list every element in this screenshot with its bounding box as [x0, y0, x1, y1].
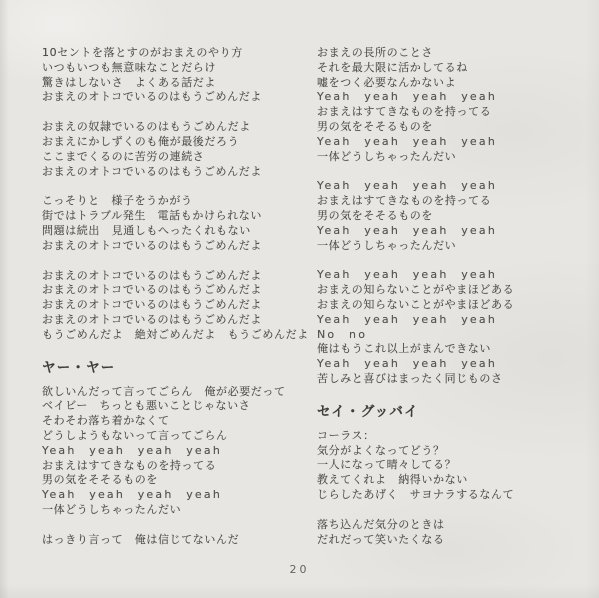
lyric-line: だれだって笑いたくなる [317, 533, 583, 548]
lyric-line: Yeah yeah yeah yeah [317, 313, 583, 328]
lyric-line: もうごめんだよ 絶対ごめんだよ もうごめんだよ [42, 328, 312, 343]
song-title-heading: ヤー・ヤー [42, 359, 312, 377]
stanza: こっそりと 様子をうかがう街ではトラブル発生 電話もかけられない問題は続出 見通… [42, 194, 312, 253]
lyrics-booklet-page: 10セントを落とすのがおまえのやり方いつもいつも無意味なことだらけ驚きはしないさ… [0, 0, 599, 598]
lyric-line: 男の気をそそるものを [42, 473, 312, 488]
stanza: おまえのオトコでいるのはもうごめんだよおまえのオトコでいるのはもうごめんだよおま… [42, 269, 312, 343]
song-title-heading: セイ・グッバイ [317, 403, 583, 421]
lyric-line: おまえの知らないことがやまほどある [317, 283, 583, 298]
lyric-line: おまえのオトコでいるのはもうごめんだよ [42, 165, 312, 180]
lyric-line: いつもいつも無意味なことだらけ [42, 61, 312, 76]
lyric-line: おまえの長所のことさ [317, 46, 583, 61]
stanza: Yeah yeah yeah yeahおまえの知らないことがやまほどあるおまえの… [317, 268, 583, 386]
lyric-line: おまえはすてきなものを持ってる [42, 459, 312, 474]
lyric-line: 問題は続出 見通しもへったくれもない [42, 224, 312, 239]
lyric-line: Yeah yeah yeah yeah [42, 488, 312, 503]
lyric-line: 落ち込んだ気分のときは [317, 518, 583, 533]
stanza: はっきり言って 俺は信じてないんだ [42, 533, 312, 548]
lyric-line: 男の気をそそるものを [317, 209, 583, 224]
lyric-line: 一体どうしちゃったんだい [42, 503, 312, 518]
lyric-line: 教えてくれよ 納得いかない [317, 473, 583, 488]
page-number: 20 [0, 563, 599, 576]
lyric-line: おまえのオトコでいるのはもうごめんだよ [42, 239, 312, 254]
lyric-line: 10セントを落とすのがおまえのやり方 [42, 46, 312, 61]
stanza: 10セントを落とすのがおまえのやり方いつもいつも無意味なことだらけ驚きはしないさ… [42, 46, 312, 105]
stanza: おまえの長所のことさそれを最大限に活かしてるね嘘をつく必要なんかないよYeah … [317, 46, 583, 164]
lyric-line: 驚きはしないさ よくある話だよ [42, 76, 312, 91]
lyric-line: Yeah yeah yeah yeah [317, 224, 583, 239]
lyric-line: 欲しいんだって言ってごらん 俺が必要だって [42, 385, 312, 400]
lyric-line: Yeah yeah yeah yeah [42, 444, 312, 459]
lyric-line: 気分がよくなってどう？ [317, 444, 583, 459]
lyric-line: 男の気をそそるものを [317, 120, 583, 135]
lyric-line: おまえの知らないことがやまほどある [317, 298, 583, 313]
stanza: コーラス：気分がよくなってどう？一人になって晴々してる？教えてくれよ 納得いかな… [317, 429, 583, 503]
stanza: 欲しいんだって言ってごらん 俺が必要だってベイビー ちっとも悪いことじゃないさそ… [42, 385, 312, 518]
lyric-line: おまえのオトコでいるのはもうごめんだよ [42, 283, 312, 298]
lyric-line: 一体どうしちゃったんだい [317, 239, 583, 254]
lyric-line: Yeah yeah yeah yeah [317, 268, 583, 283]
lyric-line: じらしたあげく サヨナラするなんて [317, 488, 583, 503]
lyrics-column-left: 10セントを落とすのがおまえのやり方いつもいつも無意味なことだらけ驚きはしないさ… [42, 46, 312, 563]
stanza: おまえの奴隷でいるのはもうごめんだよおまえにかしずくのも俺が最後だろうここまでく… [42, 120, 312, 179]
lyric-line: おまえのオトコでいるのはもうごめんだよ [42, 90, 312, 105]
lyrics-column-right: おまえの長所のことさそれを最大限に活かしてるね嘘をつく必要なんかないよYeah … [317, 46, 583, 562]
stanza: Yeah yeah yeah yeahおまえはすてきなものを持ってる男の気をそそ… [317, 179, 583, 253]
lyric-line: おまえの奴隷でいるのはもうごめんだよ [42, 120, 312, 135]
lyric-line: Yeah yeah yeah yeah [317, 90, 583, 105]
lyric-line: おまえのオトコでいるのはもうごめんだよ [42, 298, 312, 313]
lyric-line: 嘘をつく必要なんかないよ [317, 76, 583, 91]
lyric-line: こっそりと 様子をうかがう [42, 194, 312, 209]
lyric-line: おまえにかしずくのも俺が最後だろう [42, 135, 312, 150]
lyric-line: Yeah yeah yeah yeah [317, 357, 583, 372]
lyric-line: ここまでくるのに苦労の連続さ [42, 150, 312, 165]
lyric-line: コーラス： [317, 429, 583, 444]
lyric-line: どうしようもないって言ってごらん [42, 429, 312, 444]
lyric-line: Yeah yeah yeah yeah [317, 135, 583, 150]
stanza: 落ち込んだ気分のときはだれだって笑いたくなる [317, 518, 583, 548]
lyric-line: おまえのオトコでいるのはもうごめんだよ [42, 313, 312, 328]
lyric-line: そわそわ落ち着かなくて [42, 414, 312, 429]
lyric-line: No no [317, 328, 583, 343]
lyric-line: ベイビー ちっとも悪いことじゃないさ [42, 399, 312, 414]
lyric-line: おまえはすてきなものを持ってる [317, 194, 583, 209]
lyric-line: 街ではトラブル発生 電話もかけられない [42, 209, 312, 224]
lyric-line: おまえはすてきなものを持ってる [317, 105, 583, 120]
lyric-line: 一体どうしちゃったんだい [317, 150, 583, 165]
lyric-line: 一人になって晴々してる？ [317, 458, 583, 473]
lyric-line: Yeah yeah yeah yeah [317, 179, 583, 194]
lyric-line: それを最大限に活かしてるね [317, 61, 583, 76]
lyric-line: 苦しみと喜びはまったく同じものさ [317, 372, 583, 387]
lyric-line: 俺はもうこれ以上がまんできない [317, 342, 583, 357]
lyric-line: はっきり言って 俺は信じてないんだ [42, 533, 312, 548]
lyric-line: おまえのオトコでいるのはもうごめんだよ [42, 269, 312, 284]
